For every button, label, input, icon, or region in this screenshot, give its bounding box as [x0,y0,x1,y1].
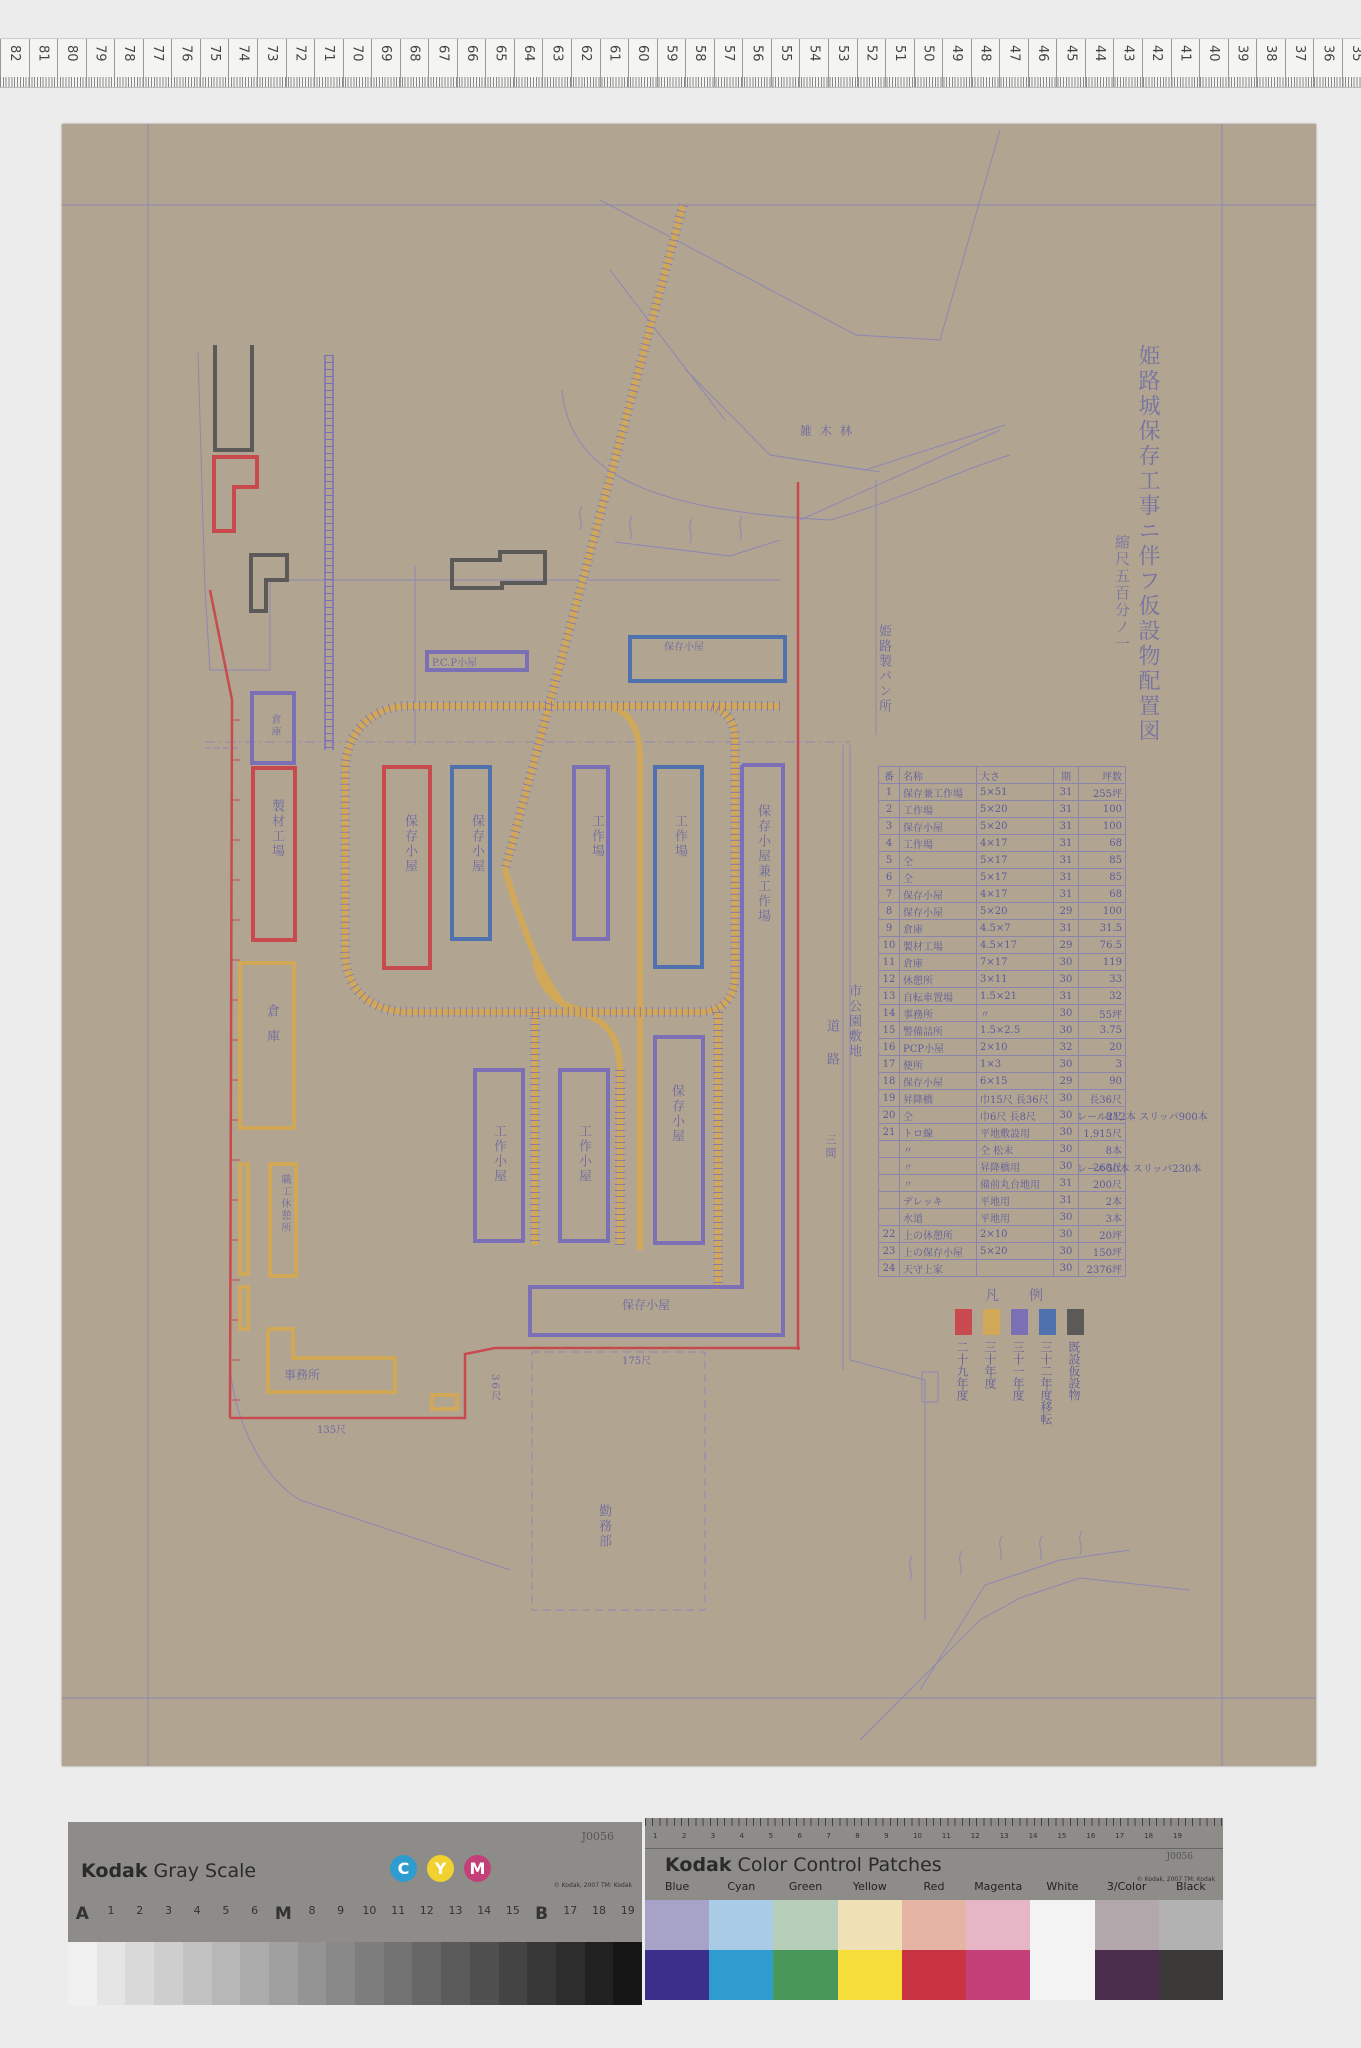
table-cell: 1,915尺 [1079,1124,1126,1141]
cm-number: 19 [1173,1832,1202,1840]
table-cell: 3 [879,818,900,835]
c-marker: C [390,1855,417,1882]
table-header-cell: 名称 [900,767,977,784]
ruler-number: 62 [578,45,593,62]
ruler-number: 46 [1035,45,1050,62]
table-cell: 3本 [1079,1209,1126,1226]
gray-step-label: 8 [298,1904,327,1924]
color-id: J0056 [1166,1852,1193,1862]
gray-step-label: M [269,1904,298,1924]
table-cell: 5×20 [977,818,1054,835]
legend-swatch [983,1309,1000,1335]
table-row: 24天守上家302376坪 [879,1260,1126,1277]
table-cell: 4 [879,835,900,852]
patch-name: Magenta [966,1880,1030,1893]
patch-light [966,1900,1030,1950]
table-cell: 〃 [977,1005,1054,1022]
table-cell: 31 [1054,1175,1079,1192]
patch-light [1159,1900,1223,1950]
table-cell: 保存小屋 [900,1073,977,1090]
building-11-label: 倉庫 [262,1004,281,1054]
cm-number: 10 [913,1832,942,1840]
gray-step-patch [384,1942,413,2005]
table-cell: 5×17 [977,852,1054,869]
cm-number: 9 [884,1832,913,1840]
table-cell: 水道 [900,1209,977,1226]
table-cell: 68 [1079,886,1126,903]
gray-step-patch [183,1942,212,2005]
patch-light [773,1900,837,1950]
patch-dark [966,1950,1030,2000]
table-cell: 5×20 [977,903,1054,920]
table-cell: 32 [1079,988,1126,1005]
gray-step-patch [298,1942,327,2005]
cym-markers: C Y M [390,1855,491,1882]
patch-name: White [1030,1880,1094,1893]
forest-label: 雑木林 [800,422,860,439]
table-cell: 31 [1054,869,1079,886]
building-18-label: 保存小屋 [664,638,704,653]
ruler-number: 66 [464,45,479,62]
ruler-number: 54 [806,45,821,62]
table-cell: 30 [1054,1226,1079,1243]
table-cell: 31 [1054,852,1079,869]
legend-swatch [955,1309,972,1335]
gray-step-patch [556,1942,585,2005]
table-cell: 19 [879,1090,900,1107]
gray-step-label: 17 [556,1904,585,1924]
table-cell: PCP小屋 [900,1039,977,1056]
table-cell [977,1260,1054,1277]
table-row: 1保存兼工作場5×5131255坪 [879,784,1126,801]
ruler-number: 61 [607,45,622,62]
table-cell: 保存小屋 [900,886,977,903]
ruler-number: 64 [521,45,536,62]
office-dept-label: 勤務部 [594,1504,613,1549]
table-cell: 仝 [900,852,977,869]
patch-dark [1159,1950,1223,2000]
table-cell: 18 [879,1073,900,1090]
ruler-number: 78 [121,45,136,62]
table-cell: 30 [1054,1090,1079,1107]
ruler-number: 45 [1063,45,1078,62]
table-cell: 31 [1054,1192,1079,1209]
ruler-number: 35 [1349,45,1361,62]
legend-label: 三十年度 [983,1341,999,1425]
legend-label: 三十二年度移転 [1039,1341,1055,1425]
gray-step-patch [527,1942,556,2005]
ruler-number: 74 [235,45,250,62]
table-cell: 1 [879,784,900,801]
table-cell: 30 [1054,1022,1079,1039]
table-cell: 6×15 [977,1073,1054,1090]
gray-step-patch [97,1942,126,2005]
ruler-number: 44 [1092,45,1107,62]
table-row: 〃仝 松末308本 [879,1141,1126,1158]
patch-name: Black [1159,1880,1223,1893]
table-cell: トロ線 [900,1124,977,1141]
table-cell: 〃 [900,1175,977,1192]
building-7-label: 保存小屋 [467,814,486,874]
gray-brand: Kodak Gray Scale [81,1860,256,1882]
cm-number: 18 [1144,1832,1173,1840]
gray-step-patch [412,1942,441,2005]
table-cell: 100 [1079,818,1126,835]
building-8-label: 保存小屋 [400,814,419,874]
table-cell: 上の休憩所 [900,1226,977,1243]
color-brand: Kodak Color Control Patches [665,1854,942,1876]
ruler-number: 68 [407,45,422,62]
table-cell: 12 [879,971,900,988]
ruler-number: 48 [978,45,993,62]
ruler-number: 70 [350,45,365,62]
table-cell: 200尺 [1079,1175,1126,1192]
table-cell: 倉庫 [900,954,977,971]
ruler-ticks [0,77,1361,87]
ruler-number: 41 [1178,45,1193,62]
table-row: 8保存小屋5×2029100 [879,903,1126,920]
ruler-number: 72 [293,45,308,62]
table-cell: 天守上家 [900,1260,977,1277]
gray-step-label: 9 [326,1904,355,1924]
gray-step-label: 12 [412,1904,441,1924]
table-cell: 巾15尺 長36尺 [977,1090,1054,1107]
table-row: 2工作場5×2031100 [879,801,1126,818]
table-cell: 30 [1054,1141,1079,1158]
building-6-label: 工作小屋 [489,1124,508,1184]
table-cell: 平地敷設用 [977,1124,1054,1141]
gray-step-patch [470,1942,499,2005]
gray-step-label: 5 [212,1904,241,1924]
patch-light [838,1900,902,1950]
table-cell: 32 [1054,1039,1079,1056]
gray-step-patch [441,1942,470,2005]
patch-name: Cyan [709,1880,773,1893]
ruler-number: 42 [1149,45,1164,62]
table-row: 〃備前丸台地用31200尺 [879,1175,1126,1192]
table-cell: 13 [879,988,900,1005]
gray-id: J0056 [582,1830,614,1843]
drawing-sheet: 姫路城保存工事ニ伴フ仮設物配置図 縮尺五百分ノ一 雑木林 姫路製パン所 道路 三… [62,124,1316,1766]
ruler-number: 63 [549,45,564,62]
table-cell: 〃 [900,1141,977,1158]
building-14-label: 事務所 [284,1366,320,1383]
building-16-label: P.C.P小屋 [432,654,477,669]
table-cell: 便所 [900,1056,977,1073]
gray-step-label: 11 [384,1904,413,1924]
table-cell: 5×17 [977,869,1054,886]
table-row: 6仝5×173185 [879,869,1126,886]
table-cell: 30 [1054,1124,1079,1141]
cm-number: 17 [1115,1832,1144,1840]
table-cell: 30 [1054,971,1079,988]
cm-number: 14 [1029,1832,1058,1840]
table-cell: 4×17 [977,835,1054,852]
table-cell: 15 [879,1022,900,1039]
table-cell: 1×3 [977,1056,1054,1073]
table-cell: 30 [1054,1260,1079,1277]
table-cell: 3×11 [977,971,1054,988]
ruler-number: 65 [492,45,507,62]
ruler-number: 67 [435,45,450,62]
table-cell: 上の保存小屋 [900,1243,977,1260]
m-marker: M [464,1855,491,1882]
table-cell: 76.5 [1079,937,1126,954]
table-cell: 1.5×21 [977,988,1054,1005]
table-cell: 30 [1054,1243,1079,1260]
patch-dark [1095,1950,1159,2000]
table-cell: 2本 [1079,1192,1126,1209]
y-marker: Y [427,1855,454,1882]
table-cell: 仝 [900,869,977,886]
table-cell: 備前丸台地用 [977,1175,1054,1192]
gray-step-patch [68,1942,97,2005]
ruler-number: 40 [1206,45,1221,62]
table-cell: 29 [1054,937,1079,954]
gray-step-label: 3 [154,1904,183,1924]
ruler-number: 51 [892,45,907,62]
gray-copyright: © Kodak, 2007 TM: Kodak [554,1882,632,1889]
legend-swatch [1039,1309,1056,1335]
table-note-rail-1: レール212本 スリッパ900本 [1077,1108,1208,1123]
ruler-number: 37 [1292,45,1307,62]
kodak-color-patches: 12345678910111213141516171819 J0056 Koda… [645,1818,1223,1992]
patch-light [902,1900,966,1950]
gray-step-label: A [68,1904,97,1924]
patch-light [709,1900,773,1950]
gray-step-label: 13 [441,1904,470,1924]
cm-number: 5 [769,1832,798,1840]
ruler-number: 50 [921,45,936,62]
ruler-number: 79 [93,45,108,62]
bakery-label: 姫路製パン所 [874,624,893,714]
gray-step-label: 2 [125,1904,154,1924]
legend-label: 既設仮設物 [1067,1341,1083,1425]
table-cell: 31 [1054,920,1079,937]
building-12-label: 職工休憩所 [277,1174,292,1234]
ruler-number: 36 [1320,45,1335,62]
table-cell: 自転車置場 [900,988,977,1005]
dim-bottom-mid: 175尺 [622,1352,651,1367]
patch-dark [709,1950,773,2000]
gray-step-label: 10 [355,1904,384,1924]
ruler-number: 81 [36,45,51,62]
site-plan [62,124,1316,1766]
table-cell: 255坪 [1079,784,1126,801]
patch-dark [902,1950,966,2000]
table-cell: 30 [1054,1209,1079,1226]
table-cell: 4.5×17 [977,937,1054,954]
table-cell: 17 [879,1056,900,1073]
table-cell: 5×20 [977,1243,1054,1260]
table-cell: 85 [1079,852,1126,869]
gray-step-patch [154,1942,183,2005]
table-cell: 100 [1079,903,1126,920]
table-cell: 29 [1054,903,1079,920]
table-cell: 55坪 [1079,1005,1126,1022]
cm-number: 4 [740,1832,769,1840]
table-cell: 30 [1054,1107,1079,1124]
table-row: 12休憩所3×113033 [879,971,1126,988]
table-cell: 保存小屋 [900,818,977,835]
table-header-cell: 番 [879,767,900,784]
table-header-cell: 期 [1054,767,1079,784]
gray-step-label: 19 [613,1904,642,1924]
patch-dark [773,1950,837,2000]
table-cell: 7 [879,886,900,903]
cm-number: 15 [1057,1832,1086,1840]
cm-number: 3 [711,1832,740,1840]
table-cell: 20 [879,1107,900,1124]
table-cell: 29 [1054,1073,1079,1090]
table-cell: 2×10 [977,1039,1054,1056]
table-cell: 31 [1054,886,1079,903]
table-row: 9倉庫4.5×73131.5 [879,920,1126,937]
facilities-table: 番名称大さ期坪数1保存兼工作場5×5131255坪2工作場5×20311003保… [878,766,1126,1277]
table-cell: 倉庫 [900,920,977,937]
table-cell: 8 [879,903,900,920]
table-cell: 90 [1079,1073,1126,1090]
table-cell: 31 [1054,801,1079,818]
ruler-number: 69 [378,45,393,62]
table-row: 10製材工場4.5×172976.5 [879,937,1126,954]
ruler-number: 80 [64,45,79,62]
ruler-number: 57 [721,45,736,62]
table-cell: 7×17 [977,954,1054,971]
table-cell: 5 [879,852,900,869]
table-cell: 警備詰所 [900,1022,977,1039]
building-5-label: 工作小屋 [574,1124,593,1184]
road-label: 道路 [822,1019,841,1085]
cm-number: 2 [682,1832,711,1840]
gray-step-label: 15 [499,1904,528,1924]
table-cell: 33 [1079,971,1126,988]
table-row: 11倉庫7×1730119 [879,954,1126,971]
patch-dark [838,1950,902,2000]
table-cell: 85 [1079,869,1126,886]
patch-light [1030,1900,1094,1950]
table-cell: 31.5 [1079,920,1126,937]
cm-number: 12 [971,1832,1000,1840]
map-scale: 縮尺五百分ノ一 [1112,534,1133,653]
cm-number: 1 [653,1832,682,1840]
table-cell: 20坪 [1079,1226,1126,1243]
table-row: 22上の休憩所2×103020坪 [879,1226,1126,1243]
table-cell: 16 [879,1039,900,1056]
table-cell [879,1141,900,1158]
table-cell: 14 [879,1005,900,1022]
table-cell: 保存小屋 [900,903,977,920]
table-cell: 24 [879,1260,900,1277]
ruler-number: 58 [692,45,707,62]
table-cell: 150坪 [1079,1243,1126,1260]
ruler-number: 77 [150,45,165,62]
table-row: 21トロ線平地敷設用301,915尺 [879,1124,1126,1141]
building-2-label: 工作場 [670,814,689,859]
table-cell: 3 [1079,1056,1126,1073]
city-park-label: 市公園敷地 [844,984,863,1059]
table-cell: 保存兼工作場 [900,784,977,801]
ruler-number: 38 [1263,45,1278,62]
table-cell: 9 [879,920,900,937]
table-cell [879,1175,900,1192]
table-cell: 31 [1054,835,1079,852]
ruler-number: 60 [635,45,650,62]
ruler-number: 59 [664,45,679,62]
patch-dark [645,1950,709,2000]
building-3-label: 保存小屋 [667,1084,686,1144]
table-cell: 2 [879,801,900,818]
legend-label: 二十九年度 [955,1341,971,1425]
table-row: 23上の保存小屋5×2030150坪 [879,1243,1126,1260]
legend-label: 三十一年度 [1011,1341,1027,1425]
table-cell: 4.5×7 [977,920,1054,937]
table-cell: 昇降橋 [900,1090,977,1107]
ruler-number: 71 [321,45,336,62]
table-cell: デレッキ [900,1192,977,1209]
table-cell: 22 [879,1226,900,1243]
table-cell: 100 [1079,801,1126,818]
table-row: 15警備詰所1.5×2.5303.75 [879,1022,1126,1039]
measuring-tape: 8281807978777675747372717069686766656463… [0,38,1361,88]
table-header-cell: 大さ [977,767,1054,784]
table-cell: 10 [879,937,900,954]
gray-step-patch [326,1942,355,2005]
gray-step-patch [613,1942,642,2005]
table-header-row: 番名称大さ期坪数 [879,767,1126,784]
gray-step-patch [212,1942,241,2005]
gray-step-label: 1 [97,1904,126,1924]
table-cell: 工作場 [900,835,977,852]
table-cell: 31 [1054,988,1079,1005]
map-title: 姫路城保存工事ニ伴フ仮設物配置図 [1132,344,1163,744]
gray-step-patch [499,1942,528,2005]
ruler-number: 53 [835,45,850,62]
table-row: 13自転車置場1.5×213132 [879,988,1126,1005]
gray-step-label: 4 [183,1904,212,1924]
table-row: 7保存小屋4×173168 [879,886,1126,903]
cm-number: 6 [797,1832,826,1840]
road-width-label: 三間 [822,1134,838,1160]
gray-step-label: 18 [585,1904,614,1924]
legend: 凡例 二十九年度三十年度三十一年度三十二年度移転既設仮設物 [955,1285,1095,1425]
table-cell: 平地用 [977,1209,1054,1226]
table-cell: 30 [1054,954,1079,971]
table-cell: 30 [1054,1158,1079,1175]
ruler-number: 47 [1006,45,1021,62]
legend-swatch [1011,1309,1028,1335]
table-row: 17便所1×3303 [879,1056,1126,1073]
table-cell: 8本 [1079,1141,1126,1158]
table-cell: 3.75 [1079,1022,1126,1039]
table-cell: 巾6尺 長8尺 [977,1107,1054,1124]
table-cell: 2376坪 [1079,1260,1126,1277]
patch-light [1095,1900,1159,1950]
patch-light [645,1900,709,1950]
table-cell [879,1209,900,1226]
table-cell: 30 [1054,1056,1079,1073]
kodak-gray-scale: J0056 Kodak Gray Scale C Y M © Kodak, 20… [68,1822,642,1992]
gray-step-label: B [527,1904,556,1924]
table-cell: 31 [1054,784,1079,801]
cm-number: 13 [1000,1832,1029,1840]
table-cell: 〃 [900,1158,977,1175]
table-cell: 21 [879,1124,900,1141]
patch-name: Yellow [838,1880,902,1893]
gray-step-patch [240,1942,269,2005]
patch-dark [1030,1950,1094,2000]
dim-right: 36尺 [487,1374,502,1403]
